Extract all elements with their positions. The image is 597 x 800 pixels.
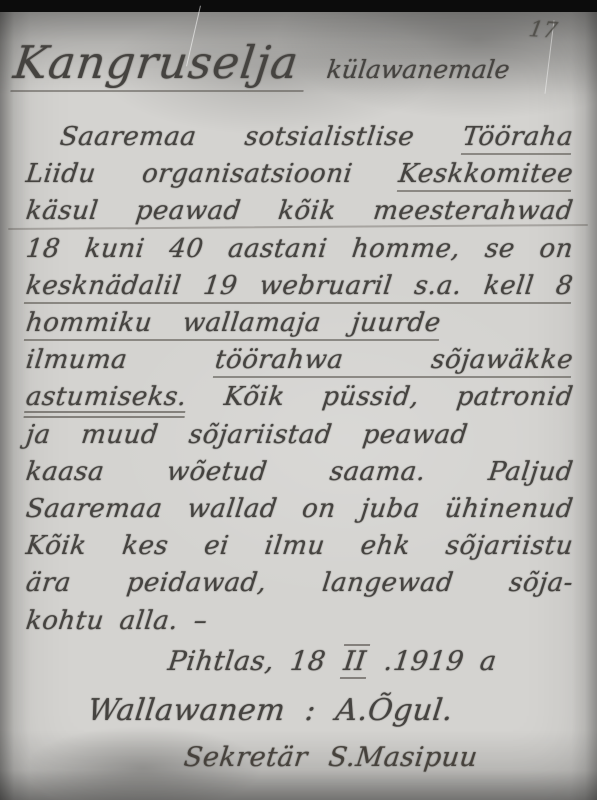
handwritten-line: kohtu alla. – [24,603,576,640]
handwritten-line: ilmuma töörahwa sõjawäkke [24,342,576,379]
dateline: Pihtlas, 18 II .1919 a [166,643,597,680]
text-segment: Liidu organisatsiooni [24,159,400,189]
text-segment: Saaremaa wallad on juba ühinenud [24,494,575,524]
text-segment: .1919 a [366,646,498,677]
text-segment: hommiku wallamaja juurde [24,308,443,341]
handwritten-line: kaasa wõetud saama. Paljud [24,454,576,491]
handwritten-line: käsul peawad kõik meesterahwad [24,193,576,230]
text-segment: Keskkomitee [397,159,575,192]
text-segment: ilmuma [24,345,217,375]
text-segment: töörahwa sõjawäkke [213,345,575,378]
handwritten-line: kesknädalil 19 webruaril s.a. kell 8 [24,268,576,305]
text-segment: astumiseks. [23,382,188,418]
handwritten-line: ära peidawad, langewad sõja- [24,565,576,602]
text-segment: Kõik kes ei ilmu ehk sõjariistu [24,531,575,561]
text-segment: ja muud sõjariistad peawad [24,420,469,450]
handwritten-line: hommiku wallamaja juurde [24,305,576,342]
text-segment: Wallawanem : A.Õgul. [86,693,455,728]
text-segment: kesknädalil 19 webruaril s.a. kell 8 [24,271,575,304]
signature-village-head: Wallawanem : A.Õgul. [86,692,597,729]
handwritten-line: ja muud sõjariistad peawad [24,417,576,454]
text-segment: Tööraha [461,122,575,155]
text-segment: kaasa wõetud saama. Paljud [24,457,575,487]
letter-body: Saaremaa sotsialistlise Tööraha Liidu or… [26,119,573,640]
addressee-village-name: Kangruselja [10,36,310,92]
handwritten-line: astumiseks. Kõik püssid, patronid [24,379,576,416]
handwritten-line: Liidu organisatsiooni Keskkomitee [24,156,576,193]
letter-page: Kangruselja külawanemale Saaremaa sotsia… [0,36,597,776]
text-segment: ära peidawad, langewad sõja- [24,568,575,598]
letter-heading: Kangruselja külawanemale [11,36,597,89]
handwritten-line: Kõik kes ei ilmu ehk sõjariistu [24,528,576,565]
text-segment: Kõik püssid, patronid [185,382,575,412]
text-segment: Saaremaa sotsialistlise [58,122,464,152]
text-segment: Pihtlas, 18 [166,646,344,677]
photo-of-handwritten-document: 17 Kangruselja külawanemale Saaremaa sot… [0,0,597,800]
text-segment: kohtu alla. – [24,606,209,636]
film-edge-top [0,0,597,12]
addressee-role: külawanemale [325,55,511,84]
signature-secretary: Sekretär S.Masipuu [182,739,597,776]
text-segment: käsul peawad kõik meesterahwad [24,196,575,226]
text-segment: Sekretär S.Masipuu [182,742,479,773]
text-segment: 18 kuni 40 aastani homme, se on [24,234,575,264]
handwritten-line: 18 kuni 40 aastani homme, se on [24,231,576,268]
handwritten-line: Saaremaa sotsialistlise Tööraha [24,119,576,156]
handwritten-line: Saaremaa wallad on juba ühinenud [24,491,576,528]
